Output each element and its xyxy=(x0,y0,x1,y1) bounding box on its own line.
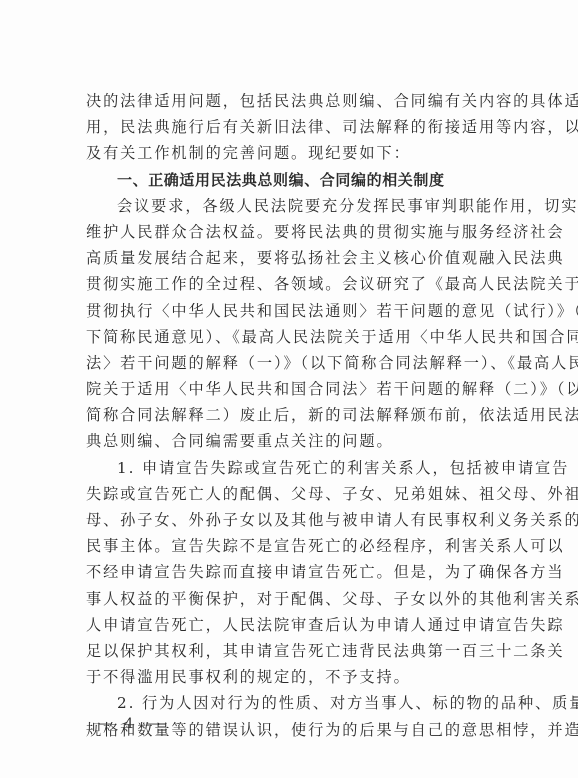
section-heading: 一、正确适用民法典总则编、合同编的相关制度 xyxy=(86,167,498,193)
text-line: 简称合同法解释二）废止后，新的司法解释颁布前，依法适用民法 xyxy=(86,402,498,428)
text-line: 法〉若干问题的解释（一）》（以下简称合同法解释一）、《最高人民法 xyxy=(86,350,498,376)
text-line: 母、孙子女、外孙子女以及其他与被申请人有民事权利义务关系的 xyxy=(86,507,498,533)
text-line: 用，民法典施行后有关新旧法律、司法解释的衔接适用等内容，以 xyxy=(86,114,498,140)
text-line: 典总则编、合同编需要重点关注的问题。 xyxy=(86,428,498,454)
text-line: 下简称民通意见）、《最高人民法院关于适用〈中华人民共和国合同 xyxy=(86,324,498,350)
text-line: 失踪或宣告死亡人的配偶、父母、子女、兄弟姐妹、祖父母、外祖父 xyxy=(86,481,498,507)
text-line: 贯彻执行〈中华人民共和国民法通则〉若干问题的意见（试行）》（以 xyxy=(86,298,498,324)
text-line: 贯彻实施工作的全过程、各领域。会议研究了《最高人民法院关于 xyxy=(86,271,498,297)
list-item-start: 2. 行为人因对行为的性质、对方当事人、标的物的品种、质量、 xyxy=(86,690,498,716)
text-line: 人申请宣告死亡，人民法院审查后认为申请人通过申请宣告失踪 xyxy=(86,612,498,638)
text-line: 高质量发展结合起来，要将弘扬社会主义核心价值观融入民法典 xyxy=(86,245,498,271)
document-page: 决的法律适用问题，包括民法典总则编、合同编有关内容的具体适 用，民法典施行后有关… xyxy=(0,0,578,778)
text-line: 民事主体。宣告失踪不是宣告死亡的必经程序，利害关系人可以 xyxy=(86,533,498,559)
document-body: 决的法律适用问题，包括民法典总则编、合同编有关内容的具体适 用，民法典施行后有关… xyxy=(86,88,498,743)
page-number: — 4 — xyxy=(98,716,164,732)
text-line: 足以保护其权利，其申请宣告死亡违背民法典第一百三十二条关 xyxy=(86,638,498,664)
text-line: 决的法律适用问题，包括民法典总则编、合同编有关内容的具体适 xyxy=(86,88,498,114)
text-line: 不经申请宣告失踪而直接申请宣告死亡。但是，为了确保各方当 xyxy=(86,559,498,585)
text-line: 及有关工作机制的完善问题。现纪要如下： xyxy=(86,140,498,166)
text-line: 事人权益的平衡保护，对于配偶、父母、子女以外的其他利害关系 xyxy=(86,586,498,612)
text-line: 于不得滥用民事权利的规定的，不予支持。 xyxy=(86,664,498,690)
text-line: 维护人民群众合法权益。要将民法典的贯彻实施与服务经济社会 xyxy=(86,219,498,245)
text-line: 院关于适用〈中华人民共和国合同法〉若干问题的解释（二）》（以下 xyxy=(86,376,498,402)
text-line: 会议要求，各级人民法院要充分发挥民事审判职能作用，切实 xyxy=(86,193,498,219)
list-item-start: 1. 申请宣告失踪或宣告死亡的利害关系人，包括被申请宣告 xyxy=(86,455,498,481)
